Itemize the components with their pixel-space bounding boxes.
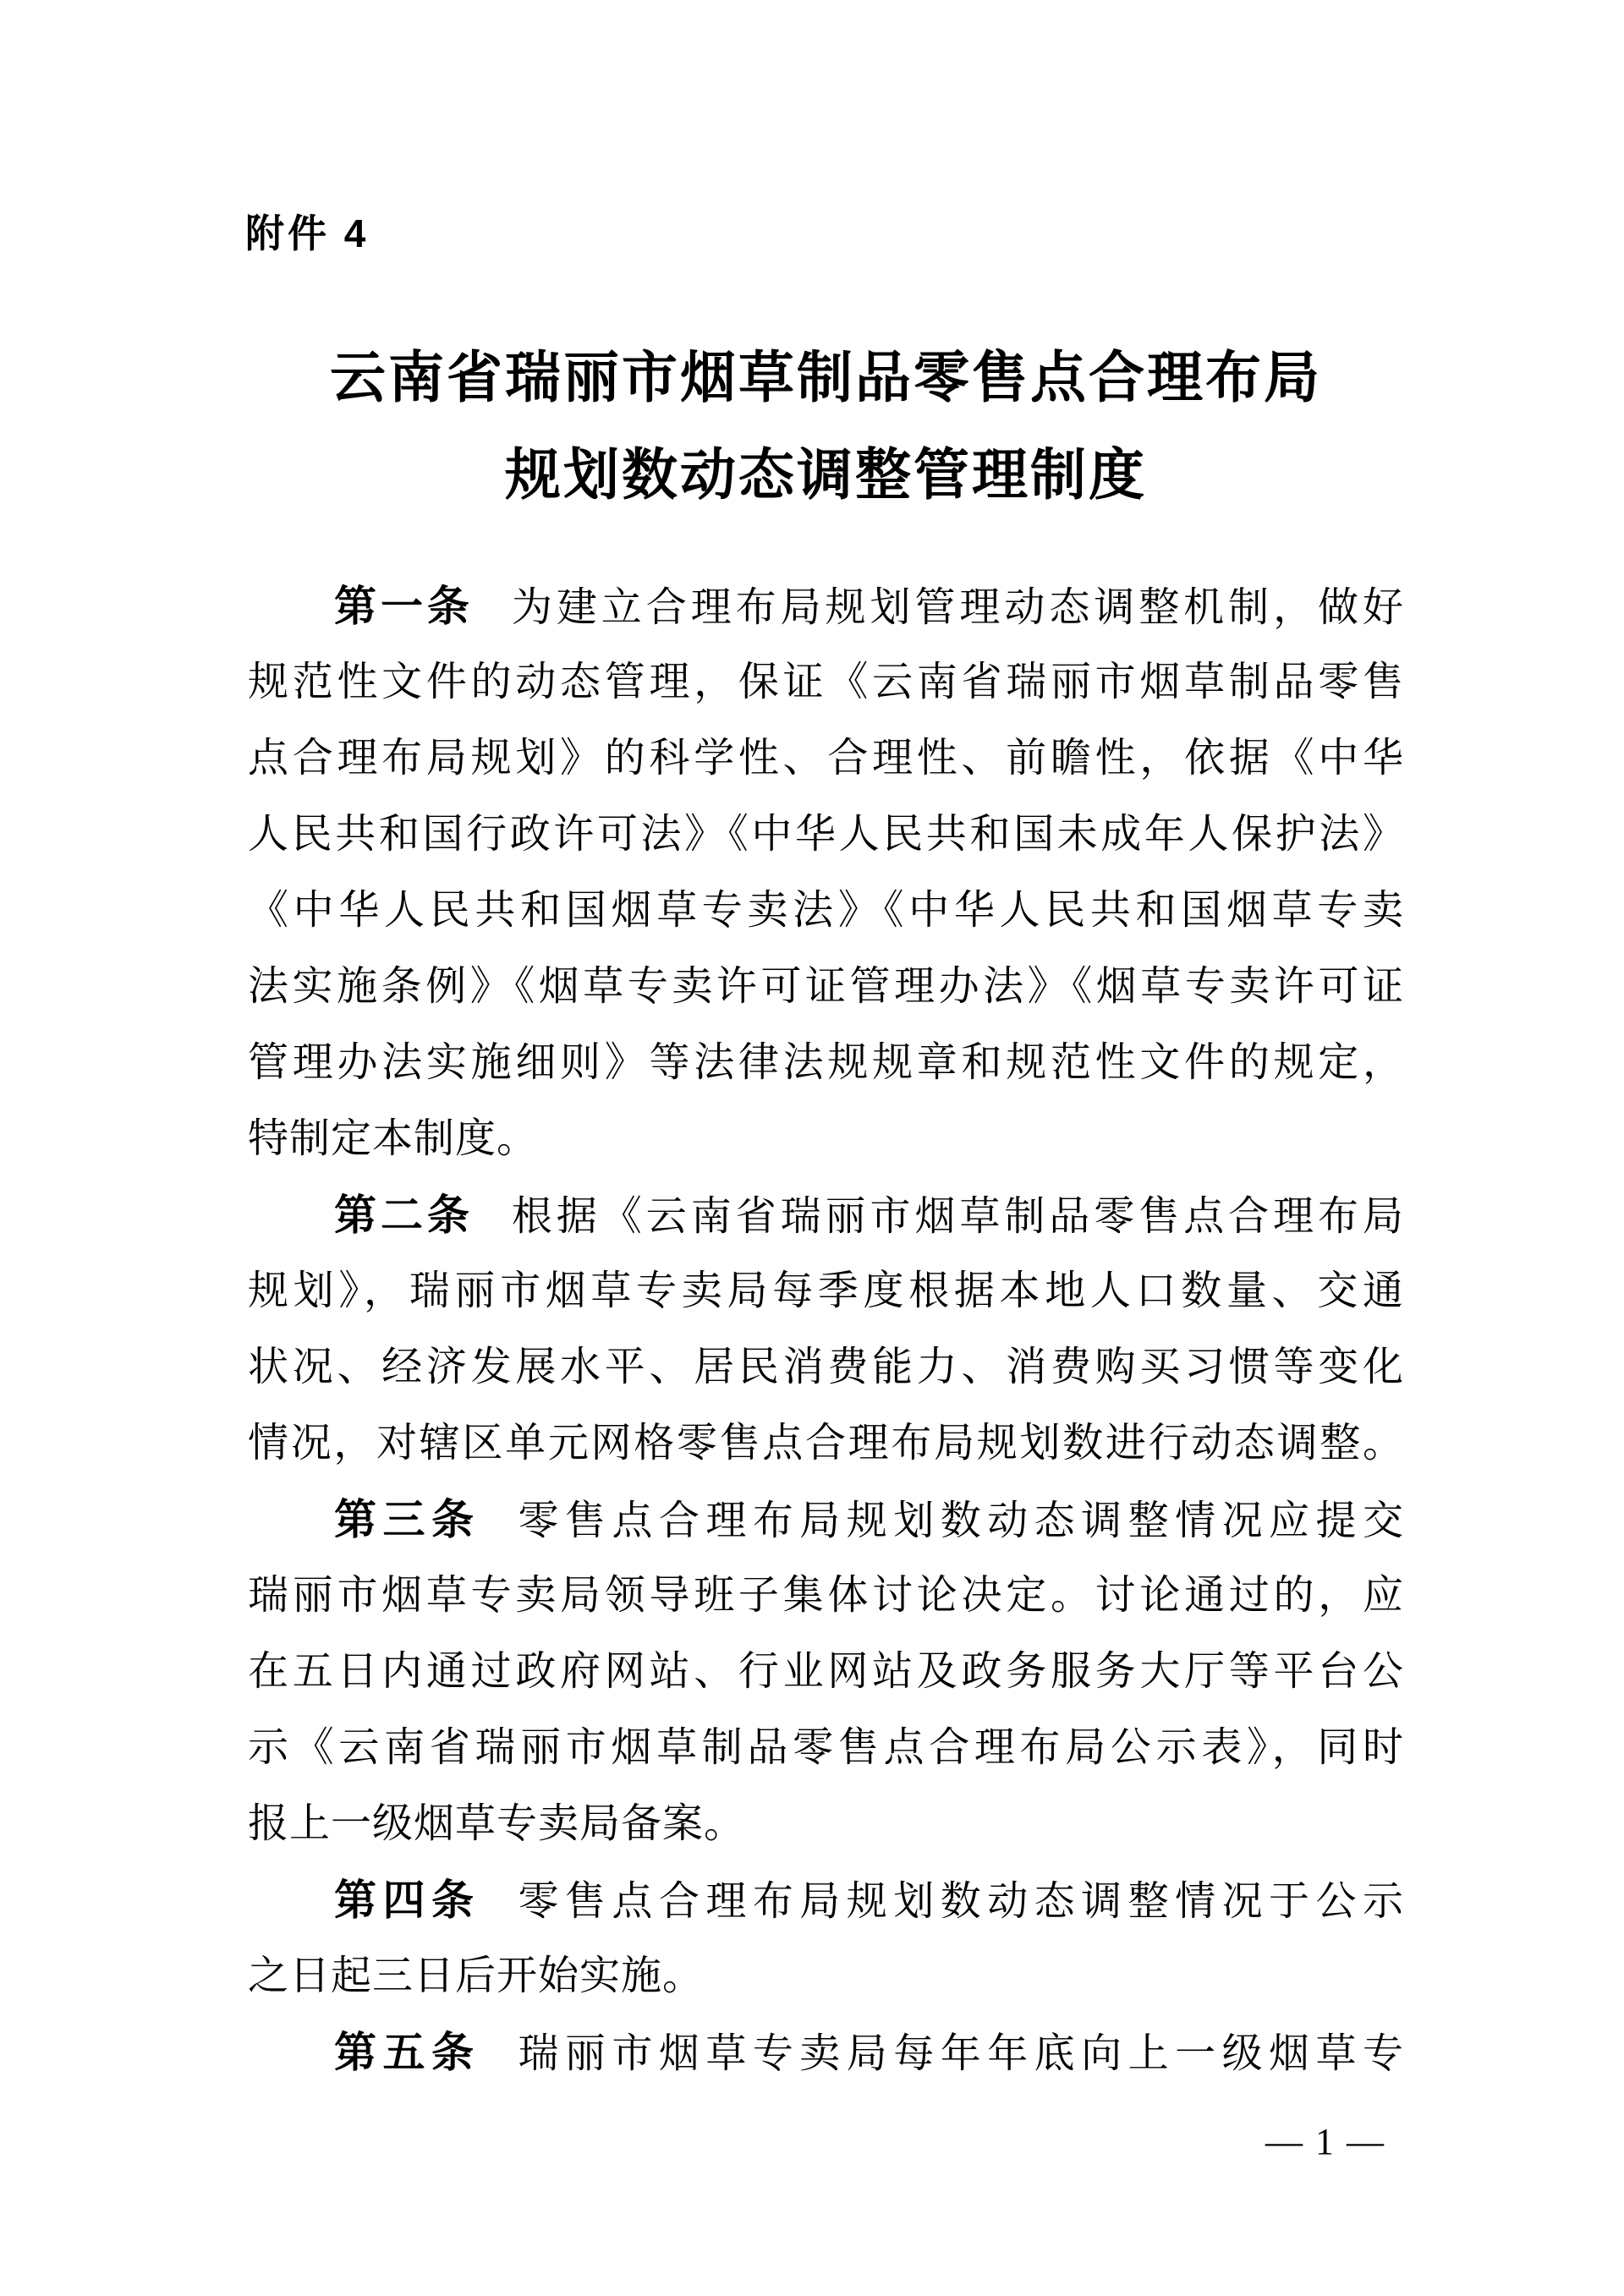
line-text: 示《云南省瑞丽市烟草制品零售点合理布局公示表》，同时 <box>248 1725 1404 1770</box>
line-text: 状况、经济发展水平、居民消费能力、消费购买习惯等变化 <box>248 1345 1404 1389</box>
document-line-article-2: 第二条根据《云南省瑞丽市烟草制品零售点合理布局 <box>248 1177 1404 1253</box>
line-text: 情况，对辖区单元网格零售点合理布局规划数进行动态调整。 <box>248 1421 1404 1466</box>
document-line: 之日起三日后开始实施。 <box>248 1938 1404 2014</box>
document-line: 点合理布局规划》的科学性、合理性、前瞻性，依据《中华 <box>248 721 1404 797</box>
document-line: 人民共和国行政许可法》《中华人民共和国未成年人保护法》 <box>248 797 1404 873</box>
document-line: 管理办法实施细则》等法律法规规章和规范性文件的规定， <box>248 1025 1404 1101</box>
line-text: 零售点合理布局规划数动态调整情况于公示 <box>518 1879 1404 1924</box>
line-text: 瑞丽市烟草专卖局领导班子集体讨论决定。讨论通过的，应 <box>248 1573 1404 1618</box>
line-text: 《中华人民共和国烟草专卖法》《中华人民共和国烟草专卖 <box>248 888 1404 933</box>
line-text: 特制定本制度。 <box>248 1116 538 1161</box>
document-line: 《中华人民共和国烟草专卖法》《中华人民共和国烟草专卖 <box>248 873 1404 949</box>
document-line-article-3: 第三条零售点合理布局规划数动态调整情况应提交 <box>248 1482 1404 1558</box>
line-text: 报上一级烟草专卖局备案。 <box>248 1801 745 1846</box>
document-line: 情况，对辖区单元网格零售点合理布局规划数进行动态调整。 <box>248 1406 1404 1482</box>
document-title-line-2: 规划数动态调整管理制度 <box>248 427 1404 524</box>
line-text: 法实施条例》《烟草专卖许可证管理办法》《烟草专卖许可证 <box>248 964 1404 1009</box>
article-4-label: 第四条 <box>334 1877 480 1924</box>
line-text: 规范性文件的动态管理，保证《云南省瑞丽市烟草制品零售 <box>248 660 1404 704</box>
line-text: 瑞丽市烟草专卖局每年年底向上一级烟草专 <box>518 2031 1404 2076</box>
line-text: 为建立合理布局规划管理动态调整机制，做好 <box>512 585 1404 630</box>
document-page: 附件 4 云南省瑞丽市烟草制品零售点合理布局 规划数动态调整管理制度 第一条为建… <box>0 0 1624 2296</box>
article-5-label: 第五条 <box>334 2029 480 2076</box>
line-text: 人民共和国行政许可法》《中华人民共和国未成年人保护法》 <box>248 812 1404 857</box>
document-body: 第一条为建立合理布局规划管理动态调整机制，做好 规范性文件的动态管理，保证《云南… <box>248 568 1404 2091</box>
document-line: 报上一级烟草专卖局备案。 <box>248 1786 1404 1862</box>
article-3-label: 第三条 <box>334 1496 480 1543</box>
line-text: 之日起三日后开始实施。 <box>248 1954 704 1998</box>
line-text: 点合理布局规划》的科学性、合理性、前瞻性，依据《中华 <box>248 736 1404 781</box>
document-line: 规范性文件的动态管理，保证《云南省瑞丽市烟草制品零售 <box>248 644 1404 721</box>
document-line: 在五日内通过政府网站、行业网站及政务服务大厅等平台公 <box>248 1634 1404 1710</box>
document-line-article-4: 第四条零售点合理布局规划数动态调整情况于公示 <box>248 1862 1404 1938</box>
attachment-label: 附件 4 <box>245 211 369 255</box>
article-1-label: 第一条 <box>334 583 474 630</box>
page-number: — 1 — <box>1265 2118 1385 2166</box>
document-line: 法实施条例》《烟草专卖许可证管理办法》《烟草专卖许可证 <box>248 949 1404 1025</box>
document-line: 规划》，瑞丽市烟草专卖局每季度根据本地人口数量、交通 <box>248 1253 1404 1329</box>
document-line: 特制定本制度。 <box>248 1101 1404 1177</box>
article-2-label: 第二条 <box>334 1192 474 1239</box>
line-text: 规划》，瑞丽市烟草专卖局每季度根据本地人口数量、交通 <box>248 1269 1404 1313</box>
line-text: 零售点合理布局规划数动态调整情况应提交 <box>518 1499 1404 1543</box>
document-title-line-1: 云南省瑞丽市烟草制品零售点合理布局 <box>248 330 1404 427</box>
document-line: 瑞丽市烟草专卖局领导班子集体讨论决定。讨论通过的，应 <box>248 1558 1404 1634</box>
document-line-article-5: 第五条瑞丽市烟草专卖局每年年底向上一级烟草专 <box>248 2014 1404 2091</box>
line-text: 在五日内通过政府网站、行业网站及政务服务大厅等平台公 <box>248 1649 1404 1694</box>
document-line: 示《云南省瑞丽市烟草制品零售点合理布局公示表》，同时 <box>248 1710 1404 1786</box>
line-text: 根据《云南省瑞丽市烟草制品零售点合理布局 <box>512 1194 1404 1239</box>
document-line: 状况、经济发展水平、居民消费能力、消费购买习惯等变化 <box>248 1329 1404 1406</box>
document-line-article-1: 第一条为建立合理布局规划管理动态调整机制，做好 <box>248 568 1404 644</box>
line-text: 管理办法实施细则》等法律法规规章和规范性文件的规定， <box>248 1040 1404 1085</box>
